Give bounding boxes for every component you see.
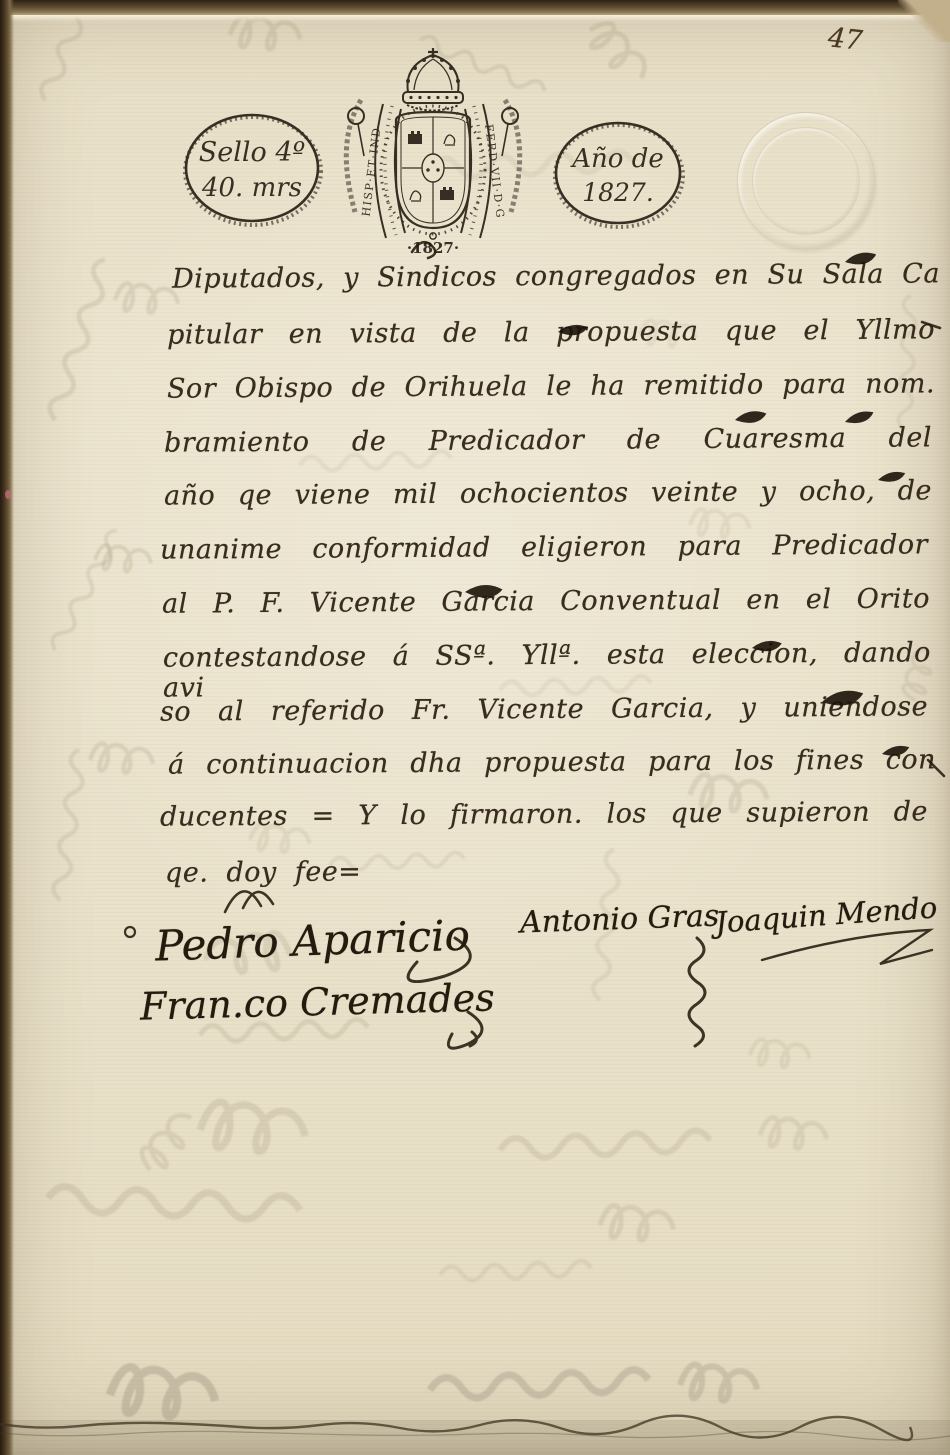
page-bottom-edge xyxy=(0,1400,950,1455)
ink-flourishes-and-rubrics xyxy=(0,0,950,1455)
manuscript-page-scan: 47 xyxy=(0,0,950,1455)
